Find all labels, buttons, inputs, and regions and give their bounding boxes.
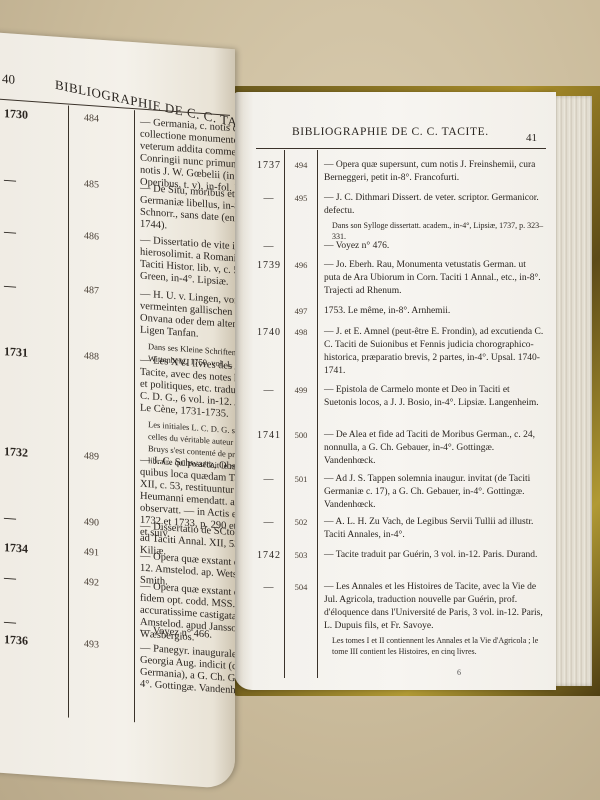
entry-number: 489	[84, 451, 124, 466]
entry-text: — J. C. Dithmari Dissert. de veter. scri…	[324, 193, 539, 216]
entry-year: 1741	[254, 429, 284, 442]
entry-number: 492	[84, 577, 124, 592]
entry-number: 488	[84, 351, 124, 366]
running-header: BIBLIOGRAPHIE DE C. C. TACITE.	[292, 126, 489, 138]
entry-number: 487	[84, 285, 124, 300]
entry-text-block: — J. C. Dithmari Dissert. de veter. scri…	[324, 192, 544, 242]
entry-year: —	[254, 516, 284, 529]
entry-number: 486	[84, 231, 124, 246]
entry-year: 1730	[4, 107, 64, 123]
entry-text: — Les XVI livres des Annales de Tacite, …	[140, 355, 235, 420]
entry-text: — H. U. v. Lingen, von der vermeinten ga…	[140, 289, 235, 340]
entry-text: — De Situ, moribus et populis Germaniæ l…	[140, 183, 235, 241]
entry-text: — A. L. H. Zu Vach, de Legibus Servii Tu…	[324, 516, 544, 542]
entry-text: — Panegyr. inauguralem in Georgia Aug. i…	[140, 643, 235, 701]
entry-number: 502	[288, 516, 314, 529]
entry-year: 1734	[4, 541, 64, 557]
signature-mark: 6	[457, 668, 461, 677]
entry-number: 496	[288, 259, 314, 272]
entry-number: 495	[288, 192, 314, 205]
entry-year: —	[254, 240, 284, 253]
entry-text: — De Alea et fide ad Taciti de Moribus G…	[324, 429, 544, 468]
entry-text: — Voyez n° 476.	[324, 240, 544, 253]
page-number: 41	[526, 132, 537, 144]
entry-year: 1732	[4, 445, 64, 461]
entry-year: 1737	[254, 159, 284, 172]
column-divider	[134, 110, 135, 722]
entry-number: 497	[288, 305, 314, 318]
entry-text-block: — Les Annales et les Histoires de Tacite…	[324, 581, 544, 657]
column-divider	[68, 106, 69, 718]
header-rule	[256, 148, 546, 149]
entry-note: Dans son Sylloge dissertatt. academ., in…	[324, 220, 544, 242]
entry-year: 1740	[254, 326, 284, 339]
entry-text: — Epistola de Carmelo monte et Deo in Ta…	[324, 384, 544, 410]
book-photo-scene: BIBLIOGRAPHIE DE C. C. TACITE. 41 1737 4…	[0, 0, 600, 800]
entry-number: 499	[288, 384, 314, 397]
entry-text: — Tacite traduit par Guérin, 3 vol. in-1…	[324, 549, 544, 562]
entry-number: 484	[84, 113, 124, 128]
entry-year: 1731	[4, 345, 64, 361]
entry-year: —	[254, 192, 284, 205]
entry-year: —	[254, 384, 284, 397]
entry-number: 498	[288, 326, 314, 339]
entry-number: 501	[288, 473, 314, 486]
entry-text: — Les Annales et les Histoires de Tacite…	[324, 582, 543, 631]
entry-number: 503	[288, 549, 314, 562]
entry-text: — Jo. Eberh. Rau, Monumenta vetustatis G…	[324, 259, 544, 298]
entry-note: Les tomes I et II contiennent les Annale…	[324, 635, 544, 657]
entry-number: 490	[84, 517, 124, 532]
entry-number: 504	[288, 581, 314, 594]
left-page: 40 BIBLIOGRAPHIE DE C. C. TACITE. 1730 4…	[0, 30, 235, 789]
entry-year: —	[4, 279, 64, 295]
column-divider	[317, 150, 318, 678]
entry-year: 1739	[254, 259, 284, 272]
entry-number: 485	[84, 179, 124, 194]
entry-text: — Dissertatio de vite in templo hierosol…	[140, 235, 235, 293]
entry-number: 500	[288, 429, 314, 442]
entry-year: 1736	[4, 633, 64, 649]
entry-number: 491	[84, 547, 124, 562]
page-number: 40	[2, 71, 15, 88]
entry-year: —	[254, 473, 284, 486]
entry-year: 1742	[254, 549, 284, 562]
entry-text: — Opera quæ supersunt, cum notis J. Frei…	[324, 159, 544, 185]
right-page: BIBLIOGRAPHIE DE C. C. TACITE. 41 1737 4…	[234, 92, 556, 690]
entry-number: 494	[288, 159, 314, 172]
entry-text: 1753. Le même, in-8°. Arnhemii.	[324, 305, 544, 318]
column-divider	[284, 150, 285, 678]
entry-year: —	[4, 225, 64, 241]
entry-text: — J. et E. Amnel (peut-être E. Frondin),…	[324, 326, 544, 378]
entry-year: —	[4, 571, 64, 587]
entry-year: —	[4, 511, 64, 527]
entry-year: —	[254, 581, 284, 594]
entry-year: —	[4, 173, 64, 189]
entry-text: — Ad J. S. Tappen solemnia inaugur. invi…	[324, 473, 544, 512]
entry-year: —	[4, 615, 64, 631]
entry-number: 493	[84, 639, 124, 654]
